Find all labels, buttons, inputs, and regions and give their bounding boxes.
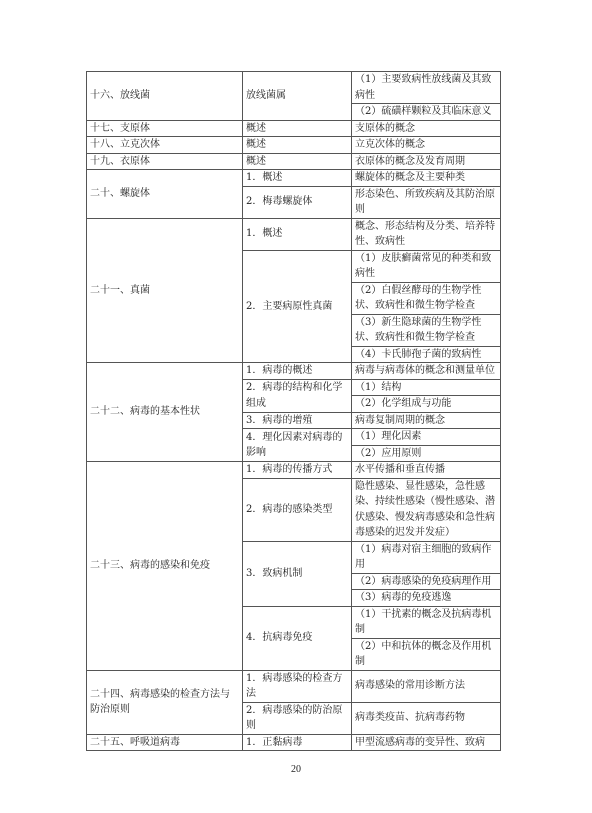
- unit-cell: 二十五、呼吸道病毒: [87, 734, 243, 751]
- topic-cell: 2．病毒的感染类型: [243, 478, 352, 541]
- topic-cell: 概述: [243, 137, 352, 154]
- table-row: 十九、衣原体 概述 衣原体的概念及发育周期: [87, 153, 501, 170]
- point-cell: 水平传播和垂直传播: [352, 462, 501, 479]
- unit-cell: 十七、支原体: [87, 120, 243, 137]
- point-cell: （2）硫磺样颗粒及其临床意义: [352, 104, 501, 121]
- point-cell: 隐性感染、显性感染，急性感染、持续性感染（慢性感染、潜伏感染、慢发病毒感染和急性…: [352, 478, 501, 541]
- unit-cell: 二十一、真菌: [87, 218, 243, 363]
- point-cell: （4）卡氏肺孢子菌的致病性: [352, 346, 501, 363]
- topic-cell: 1．病毒的传播方式: [243, 462, 352, 479]
- point-cell: （2）中和抗体的概念及作用机制: [352, 638, 501, 670]
- table-row: 二十二、病毒的基本性状 1．病毒的概述 病毒与病毒体的概念和测量单位: [87, 363, 501, 380]
- topic-cell: 3．病毒的增殖: [243, 412, 352, 429]
- point-cell: （1）干扰素的概念及抗病毒机制: [352, 606, 501, 638]
- topic-cell: 1．正黏病毒: [243, 734, 352, 751]
- topic-cell: 放线菌属: [243, 72, 352, 121]
- topic-cell: 1．病毒感染的检查方法: [243, 670, 352, 702]
- point-cell: （3）新生隐球菌的生物学性状、致病性和微生物学检查: [352, 314, 501, 346]
- point-cell: （2）白假丝酵母的生物学性状、致病性和微生物学检查: [352, 282, 501, 314]
- point-cell: 病毒与病毒体的概念和测量单位: [352, 363, 501, 380]
- point-cell: 形态染色、所致疾病及其防治原则: [352, 186, 501, 218]
- table-row: 二十一、真菌 1．概述 概念、形态结构及分类、培养特性、致病性: [87, 218, 501, 250]
- point-cell: （2）应用原则: [352, 445, 501, 462]
- table-row: 二十四、病毒感染的检查方法与防治原则 1．病毒感染的检查方法 病毒感染的常用诊断…: [87, 670, 501, 702]
- table-row: 十六、放线菌 放线菌属 （1）主要致病性放线菌及其致病性: [87, 72, 501, 104]
- table-row: 二十三、病毒的感染和免疫 1．病毒的传播方式 水平传播和垂直传播: [87, 462, 501, 479]
- unit-cell: 二十、螺旋体: [87, 170, 243, 219]
- point-cell: （1）结构: [352, 379, 501, 396]
- page-number: 20: [0, 764, 592, 775]
- topic-cell: 4．理化因素对病毒的影响: [243, 429, 352, 462]
- point-cell: （2）化学组成与功能: [352, 396, 501, 413]
- point-cell: 病毒类疫苗、抗病毒药物: [352, 702, 501, 734]
- point-cell: （1）理化因素: [352, 429, 501, 446]
- point-cell: （1）皮肤癣菌常见的种类和致病性: [352, 250, 501, 282]
- point-cell: 甲型流感病毒的变异性、致病: [352, 734, 501, 751]
- point-cell: 支原体的概念: [352, 120, 501, 137]
- point-cell: （1）主要致病性放线菌及其致病性: [352, 72, 501, 104]
- topic-cell: 1．概述: [243, 218, 352, 250]
- point-cell: 概念、形态结构及分类、培养特性、致病性: [352, 218, 501, 250]
- topic-cell: 2．梅毒螺旋体: [243, 186, 352, 218]
- point-cell: （1）病毒对宿主细胞的致病作用: [352, 541, 501, 573]
- topic-cell: 1．概述: [243, 170, 352, 187]
- topic-cell: 2．主要病原性真菌: [243, 250, 352, 363]
- topic-cell: 3．致病机制: [243, 541, 352, 606]
- unit-cell: 二十四、病毒感染的检查方法与防治原则: [87, 670, 243, 734]
- unit-cell: 十八、立克次体: [87, 137, 243, 154]
- topic-cell: 2．病毒感染的防治原则: [243, 702, 352, 734]
- table-row: 二十五、呼吸道病毒 1．正黏病毒 甲型流感病毒的变异性、致病: [87, 734, 501, 751]
- unit-cell: 二十三、病毒的感染和免疫: [87, 462, 243, 671]
- topic-cell: 2．病毒的结构和化学组成: [243, 379, 352, 412]
- syllabus-table: 十六、放线菌 放线菌属 （1）主要致病性放线菌及其致病性 （2）硫磺样颗粒及其临…: [86, 71, 501, 751]
- point-cell: 立克次体的概念: [352, 137, 501, 154]
- table-row: 十八、立克次体 概述 立克次体的概念: [87, 137, 501, 154]
- point-cell: （3）病毒的免疫逃逸: [352, 590, 501, 607]
- unit-cell: 十六、放线菌: [87, 72, 243, 121]
- table-row: 二十、螺旋体 1．概述 螺旋体的概念及主要种类: [87, 170, 501, 187]
- point-cell: （2）病毒感染的免疫病理作用: [352, 573, 501, 590]
- topic-cell: 4．抗病毒免疫: [243, 606, 352, 670]
- topic-cell: 1．病毒的概述: [243, 363, 352, 380]
- table-row: 十七、支原体 概述 支原体的概念: [87, 120, 501, 137]
- unit-cell: 二十二、病毒的基本性状: [87, 363, 243, 462]
- point-cell: 病毒复制周期的概念: [352, 412, 501, 429]
- topic-cell: 概述: [243, 120, 352, 137]
- point-cell: 螺旋体的概念及主要种类: [352, 170, 501, 187]
- point-cell: 衣原体的概念及发育周期: [352, 153, 501, 170]
- unit-cell: 十九、衣原体: [87, 153, 243, 170]
- point-cell: 病毒感染的常用诊断方法: [352, 670, 501, 702]
- topic-cell: 概述: [243, 153, 352, 170]
